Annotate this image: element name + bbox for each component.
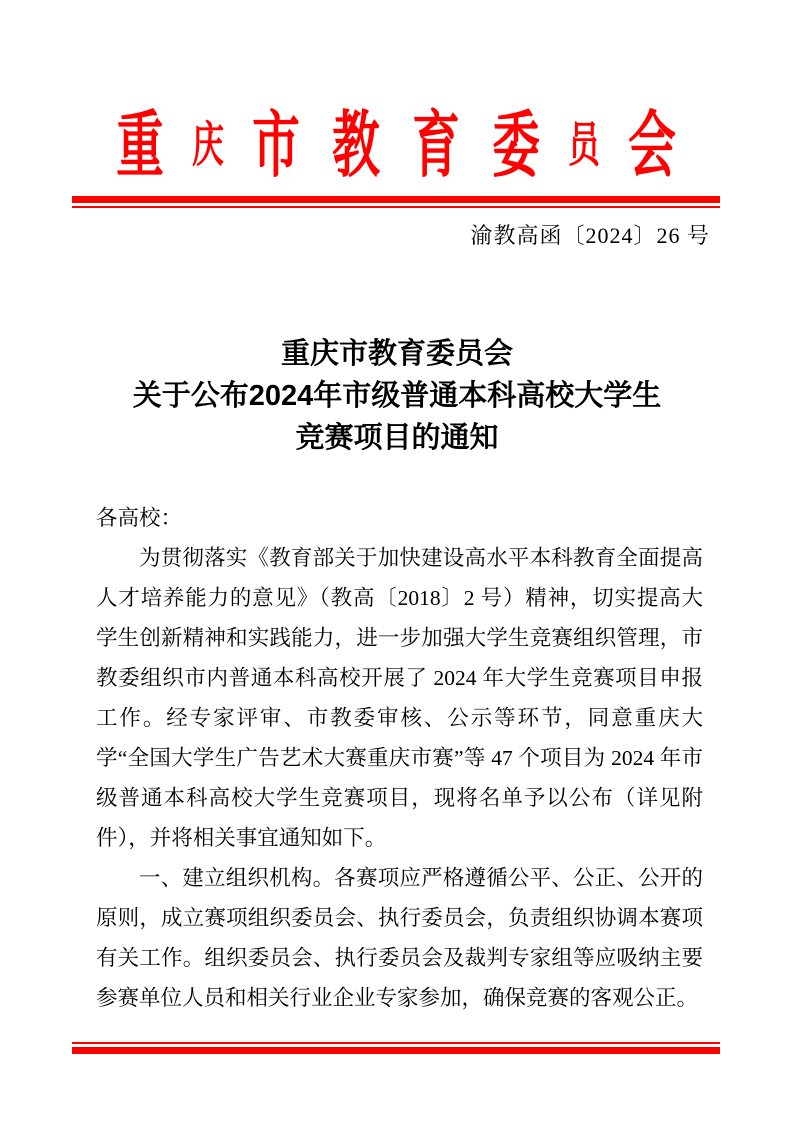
letterhead-char: 员 bbox=[568, 122, 600, 170]
letterhead-divider bbox=[72, 196, 720, 208]
body-paragraph-1: 为贯彻落实《教育部关于加快建设高水平本科教育全面提高人才培养能力的意见》（教高〔… bbox=[96, 538, 703, 858]
letterhead-char: 庆 bbox=[192, 122, 224, 170]
body-paragraph-2: 一、建立组织机构。各赛项应严格遵循公平、公正、公开的原则，成立赛项组织委员会、执… bbox=[96, 858, 703, 1018]
document-body: 各高校： 为贯彻落实《教育部关于加快建设高水平本科教育全面提高人才培养能力的意见… bbox=[96, 498, 703, 1018]
footer-divider bbox=[72, 1042, 720, 1054]
title-line-1: 重庆市教育委员会 bbox=[0, 333, 794, 375]
title-line-3: 竞赛项目的通知 bbox=[0, 417, 794, 459]
document-title: 重庆市教育委员会 关于公布2024年市级普通本科高校大学生 竞赛项目的通知 bbox=[0, 333, 794, 459]
letterhead-char: 教 bbox=[332, 110, 380, 182]
document-page: 重 庆 市 教 育 委 员 会 渝教高函〔2024〕26 号 重庆市教育委员会 … bbox=[0, 0, 794, 1123]
letterhead-char: 重 bbox=[116, 110, 164, 182]
divider-thick-line bbox=[72, 1047, 720, 1054]
title-line-2: 关于公布2024年市级普通本科高校大学生 bbox=[0, 375, 794, 417]
letterhead-char: 会 bbox=[628, 110, 676, 182]
divider-thick-line bbox=[72, 196, 720, 203]
letterhead-char: 委 bbox=[492, 110, 540, 182]
divider-thin-line bbox=[72, 1042, 720, 1044]
letterhead-char: 市 bbox=[252, 110, 300, 182]
salutation: 各高校： bbox=[96, 498, 703, 538]
divider-thin-line bbox=[72, 206, 720, 208]
agency-letterhead: 重 庆 市 教 育 委 员 会 bbox=[104, 106, 688, 186]
document-number: 渝教高函〔2024〕26 号 bbox=[470, 222, 710, 250]
letterhead-char: 育 bbox=[412, 110, 460, 182]
